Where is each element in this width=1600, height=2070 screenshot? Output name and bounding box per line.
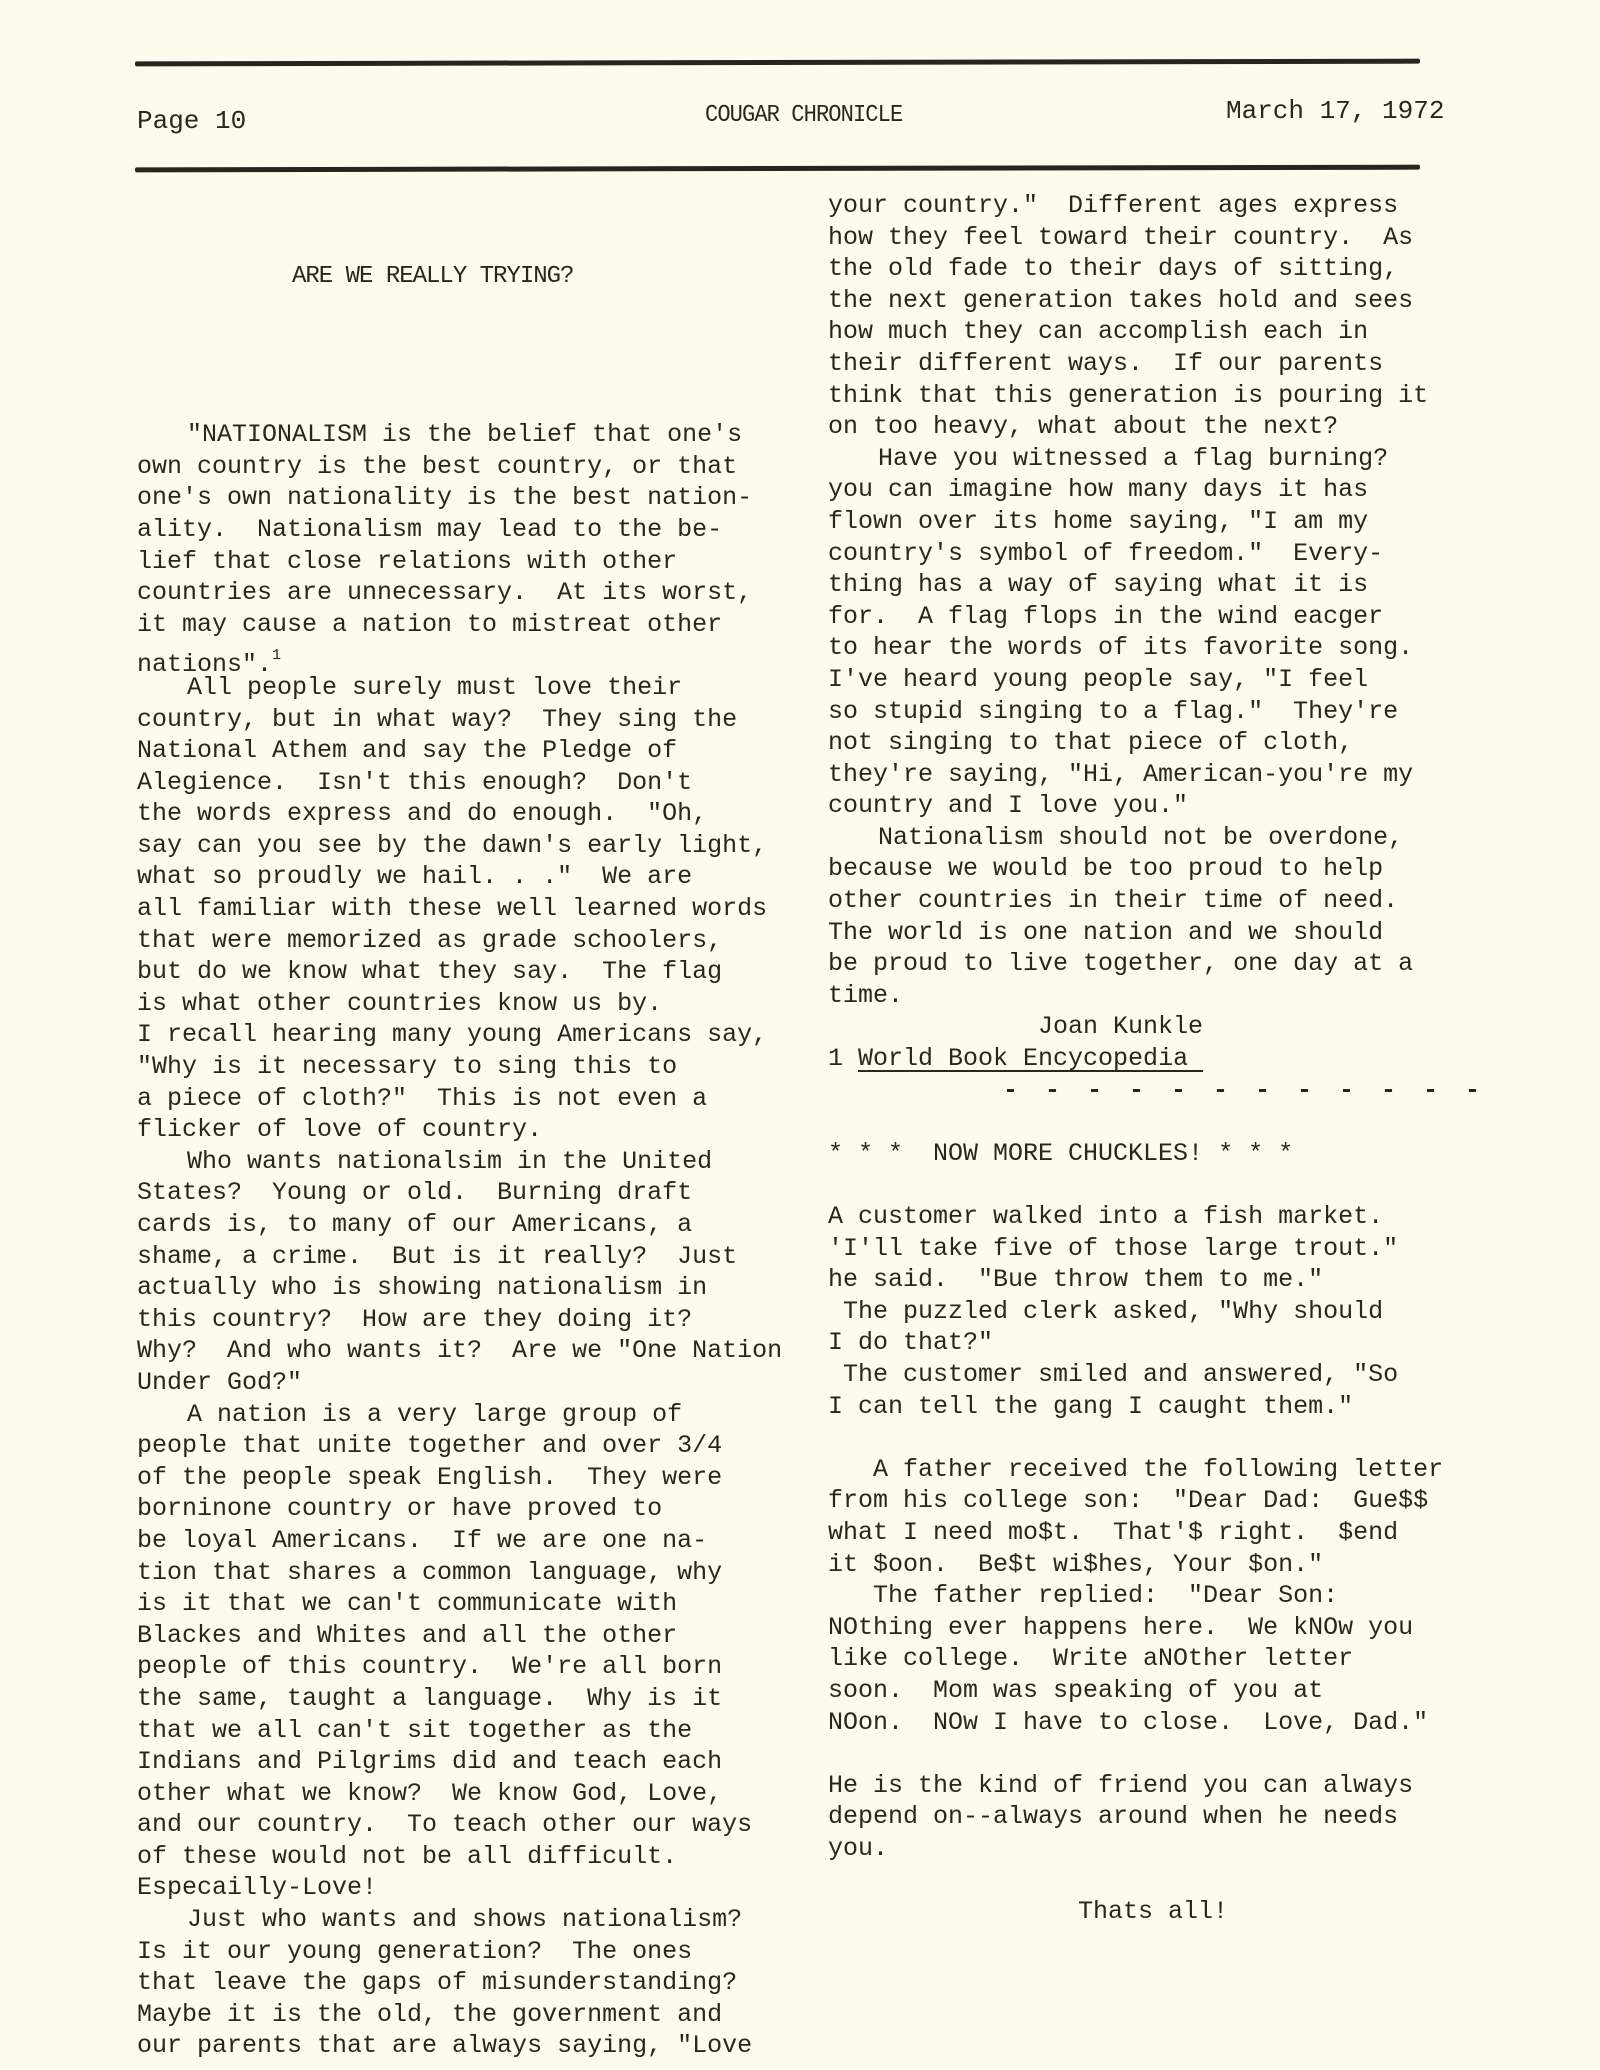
joke-line: The customer smiled and answered, "So bbox=[828, 1359, 1486, 1391]
closing-line: Thats all! bbox=[828, 1896, 1486, 1928]
text-line: own country is the best country, or that bbox=[137, 451, 782, 483]
publication-title: COUGAR CHRONICLE bbox=[705, 102, 902, 129]
text-line: of these would not be all difficult. bbox=[137, 1841, 782, 1873]
text-line: Indians and Pilgrims did and teach each bbox=[137, 1746, 782, 1778]
chuckles-heading: * * * NOW MORE CHUCKLES! * * * bbox=[828, 1138, 1486, 1170]
article-title: ARE WE REALLY TRYING? bbox=[137, 261, 782, 293]
text-line: but do we know what they say. The flag bbox=[137, 956, 782, 988]
text-line: so stupid singing to a flag." They're bbox=[828, 696, 1486, 728]
text-line: country's symbol of freedom." Every- bbox=[828, 538, 1486, 570]
header-rule-top bbox=[135, 59, 1420, 67]
footnote-source: World Book Encycopedia bbox=[858, 1044, 1203, 1073]
joke-line: depend on--always around when he needs bbox=[828, 1801, 1486, 1833]
text-line: I've heard young people say, "I feel bbox=[828, 664, 1486, 696]
spacer bbox=[828, 1106, 1486, 1138]
text-line: country, but in what way? They sing the bbox=[137, 704, 782, 736]
text-line: and our country. To teach other our ways bbox=[137, 1809, 782, 1841]
issue-date: March 17, 1972 bbox=[1226, 96, 1444, 126]
text-line: your country." Different ages express bbox=[828, 190, 1486, 222]
text-line: their different ways. If our parents bbox=[828, 348, 1486, 380]
text-line: lief that close relations with other bbox=[137, 546, 782, 578]
page-number: Page 10 bbox=[137, 106, 246, 136]
text-line: thing has a way of saying what it is bbox=[828, 569, 1486, 601]
joke-line: A customer walked into a fish market. bbox=[828, 1201, 1486, 1233]
text-line: what so proudly we hail. . ." We are bbox=[137, 861, 782, 893]
text-line: All people surely must love their bbox=[137, 672, 782, 704]
text-line: countries are unnecessary. At its worst, bbox=[137, 577, 782, 609]
text-line: cards is, to many of our Americans, a bbox=[137, 1209, 782, 1241]
joke-line: I do that?" bbox=[828, 1327, 1486, 1359]
text-line: Under God?" bbox=[137, 1367, 782, 1399]
text-line: say can you see by the dawn's early ligh… bbox=[137, 830, 782, 862]
joke-line: NOon. NOw I have to close. Love, Dad." bbox=[828, 1707, 1486, 1739]
joke-line: from his college son: "Dear Dad: Gue$$ bbox=[828, 1485, 1486, 1517]
text-line: actually who is showing nationalism in bbox=[137, 1272, 782, 1304]
text-line: that were memorized as grade schoolers, bbox=[137, 925, 782, 957]
article-author: Joan Kunkle bbox=[828, 1011, 1486, 1043]
joke-line: soon. Mom was speaking of you at bbox=[828, 1675, 1486, 1707]
text-line: one's own nationality is the best nation… bbox=[137, 482, 782, 514]
text-line: people of this country. We're all born bbox=[137, 1651, 782, 1683]
text-line: nations".1 bbox=[137, 640, 782, 672]
text-line: how much they can accomplish each in bbox=[828, 316, 1486, 348]
text-line: Alegience. Isn't this enough? Don't bbox=[137, 767, 782, 799]
text-line: Maybe it is the old, the government and bbox=[137, 1999, 782, 2031]
text-line: not singing to that piece of cloth, bbox=[828, 727, 1486, 759]
text-line: A nation is a very large group of bbox=[137, 1399, 782, 1431]
text-line: the same, taught a language. Why is it bbox=[137, 1683, 782, 1715]
text-line: that we all can't sit together as the bbox=[137, 1715, 782, 1747]
text-line: Especailly-Love! bbox=[137, 1872, 782, 1904]
text-line: the old fade to their days of sitting, bbox=[828, 253, 1486, 285]
footnote: 1 World Book Encycopedia bbox=[828, 1043, 1486, 1075]
text-line: Have you witnessed a flag burning? bbox=[828, 443, 1486, 475]
joke-line: it $oon. Be$t wi$hes, Your $on." bbox=[828, 1549, 1486, 1581]
spacer bbox=[828, 1864, 1486, 1896]
text-line: people that unite together and over 3/4 bbox=[137, 1430, 782, 1462]
text-line: it may cause a nation to mistreat other bbox=[137, 609, 782, 641]
spacer bbox=[828, 1422, 1486, 1454]
text-line: Nationalism should not be overdone, bbox=[828, 822, 1486, 854]
text-line: other countries in their time of need. bbox=[828, 885, 1486, 917]
text-line: flown over its home saying, "I am my bbox=[828, 506, 1486, 538]
text-line: Who wants nationalsim in the United bbox=[137, 1146, 782, 1178]
joke-line: He is the kind of friend you can always bbox=[828, 1770, 1486, 1802]
text-line: borninone country or have proved to bbox=[137, 1493, 782, 1525]
text-line: how they feel toward their country. As bbox=[828, 222, 1486, 254]
text-line: country and I love you." bbox=[828, 790, 1486, 822]
text-line: Why? And who wants it? Are we "One Natio… bbox=[137, 1335, 782, 1367]
footnote-marker: 1 bbox=[272, 647, 281, 664]
text-line: because we would be too proud to help bbox=[828, 853, 1486, 885]
spacer bbox=[137, 356, 782, 388]
text-line: Just who wants and shows nationalism? bbox=[137, 1904, 782, 1936]
text-line: The world is one nation and we should bbox=[828, 917, 1486, 949]
text-line: for. A flag flops in the wind eacger bbox=[828, 601, 1486, 633]
joke-line: A father received the following letter bbox=[828, 1454, 1486, 1486]
text-line: National Athem and say the Pledge of bbox=[137, 735, 782, 767]
joke-line: The puzzled clerk asked, "Why should bbox=[828, 1296, 1486, 1328]
footnote-number: 1 bbox=[828, 1044, 858, 1073]
text-line: they're saying, "Hi, American-you're my bbox=[828, 759, 1486, 791]
text-line: other what we know? We know God, Love, bbox=[137, 1778, 782, 1810]
joke-line: The father replied: "Dear Son: bbox=[828, 1580, 1486, 1612]
joke-line: 'I'll take five of those large trout." bbox=[828, 1233, 1486, 1265]
text-line: think that this generation is pouring it bbox=[828, 380, 1486, 412]
spacer bbox=[828, 1738, 1486, 1770]
text-line: the next generation takes hold and sees bbox=[828, 285, 1486, 317]
text-line: be loyal Americans. If we are one na- bbox=[137, 1525, 782, 1557]
spacer bbox=[828, 1169, 1486, 1201]
text-line: of the people speak English. They were bbox=[137, 1462, 782, 1494]
text-line: tion that shares a common language, why bbox=[137, 1557, 782, 1589]
text-line: shame, a crime. But is it really? Just bbox=[137, 1241, 782, 1273]
section-separator: - - - - - - - - - - - - bbox=[828, 1075, 1486, 1107]
text-line: is it that we can't communicate with bbox=[137, 1588, 782, 1620]
text-line: all familiar with these well learned wor… bbox=[137, 893, 782, 925]
text-line: be proud to live together, one day at a bbox=[828, 948, 1486, 980]
joke-line: like college. Write aNOther letter bbox=[828, 1643, 1486, 1675]
text-line: to hear the words of its favorite song. bbox=[828, 632, 1486, 664]
text-line: States? Young or old. Burning draft bbox=[137, 1177, 782, 1209]
text-line: "Why is it necessary to sing this to bbox=[137, 1051, 782, 1083]
text-line: you can imagine how many days it has bbox=[828, 474, 1486, 506]
text-line: this country? How are they doing it? bbox=[137, 1304, 782, 1336]
joke-line: NOthing ever happens here. We kNOw you bbox=[828, 1612, 1486, 1644]
text-line: time. bbox=[828, 980, 1486, 1012]
text-line: on too heavy, what about the next? bbox=[828, 411, 1486, 443]
header-rule-bottom bbox=[135, 165, 1420, 173]
text-line: ality. Nationalism may lead to the be- bbox=[137, 514, 782, 546]
text-line: I recall hearing many young Americans sa… bbox=[137, 1019, 782, 1051]
text-line: is what other countries know us by. bbox=[137, 988, 782, 1020]
text-line: Is it our young generation? The ones bbox=[137, 1936, 782, 1968]
text-line: Blackes and Whites and all the other bbox=[137, 1620, 782, 1652]
article-column-left: ARE WE REALLY TRYING? "NATIONALISM is th… bbox=[137, 198, 782, 2062]
joke-line: I can tell the gang I caught them." bbox=[828, 1391, 1486, 1423]
joke-line: he said. "Bue throw them to me." bbox=[828, 1264, 1486, 1296]
article-column-right: your country." Different ages expresshow… bbox=[828, 190, 1486, 1928]
text-line: a piece of cloth?" This is not even a bbox=[137, 1083, 782, 1115]
joke-line: you. bbox=[828, 1833, 1486, 1865]
text-line: "NATIONALISM is the belief that one's bbox=[137, 419, 782, 451]
text-line: flicker of love of country. bbox=[137, 1114, 782, 1146]
joke-line: what I need mo$t. That'$ right. $end bbox=[828, 1517, 1486, 1549]
text-line: our parents that are always saying, "Lov… bbox=[137, 2030, 782, 2062]
text-line: the words express and do enough. "Oh, bbox=[137, 798, 782, 830]
text-line: that leave the gaps of misunderstanding? bbox=[137, 1967, 782, 1999]
